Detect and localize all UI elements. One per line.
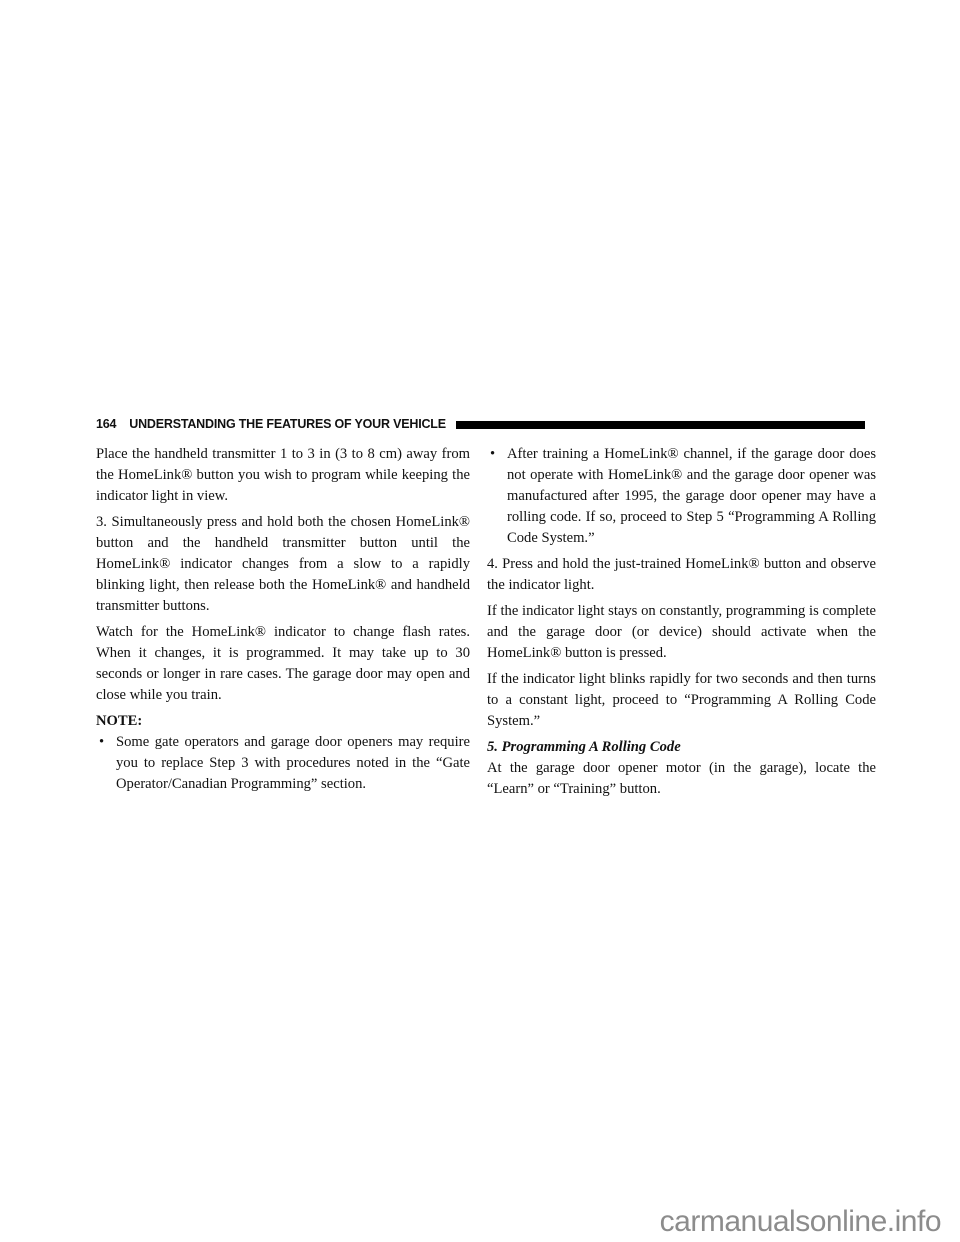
- paragraph-watch-indicator: Watch for the HomeLink® indicator to cha…: [96, 622, 470, 706]
- header-rule: [456, 421, 865, 429]
- manual-page: 164 UNDERSTANDING THE FEATURES OF YOUR V…: [0, 0, 960, 1242]
- page-number: 164: [96, 417, 116, 431]
- note-bullet-text: Some gate operators and garage door open…: [116, 732, 470, 795]
- bullet-icon: •: [99, 732, 104, 753]
- step5-heading: 5. Programming A Rolling Code: [487, 737, 876, 758]
- page-header: 164 UNDERSTANDING THE FEATURES OF YOUR V…: [96, 417, 876, 431]
- note-heading: NOTE:: [96, 711, 470, 732]
- paragraph-transmitter-placement: Place the handheld transmitter 1 to 3 in…: [96, 444, 470, 507]
- watermark: carmanualsonline.info: [660, 1205, 941, 1239]
- content-columns: Place the handheld transmitter 1 to 3 in…: [96, 444, 876, 805]
- bullet-icon: •: [490, 444, 495, 465]
- header-title: UNDERSTANDING THE FEATURES OF YOUR VEHIC…: [129, 417, 446, 431]
- after-training-bullet-text: After training a HomeLink® channel, if t…: [507, 444, 876, 549]
- paragraph-constant-light: If the indicator light stays on constant…: [487, 601, 876, 664]
- paragraph-step4: 4. Press and hold the just-trained HomeL…: [487, 554, 876, 596]
- paragraph-blinking-light: If the indicator light blinks rapidly fo…: [487, 669, 876, 732]
- after-training-bullet-item: • After training a HomeLink® channel, if…: [487, 444, 876, 549]
- left-column: Place the handheld transmitter 1 to 3 in…: [96, 444, 470, 805]
- note-bullet-item: • Some gate operators and garage door op…: [96, 732, 470, 795]
- paragraph-learn-button: At the garage door opener motor (in the …: [487, 758, 876, 800]
- paragraph-step3: 3. Simultaneously press and hold both th…: [96, 512, 470, 617]
- right-column: • After training a HomeLink® channel, if…: [487, 444, 876, 805]
